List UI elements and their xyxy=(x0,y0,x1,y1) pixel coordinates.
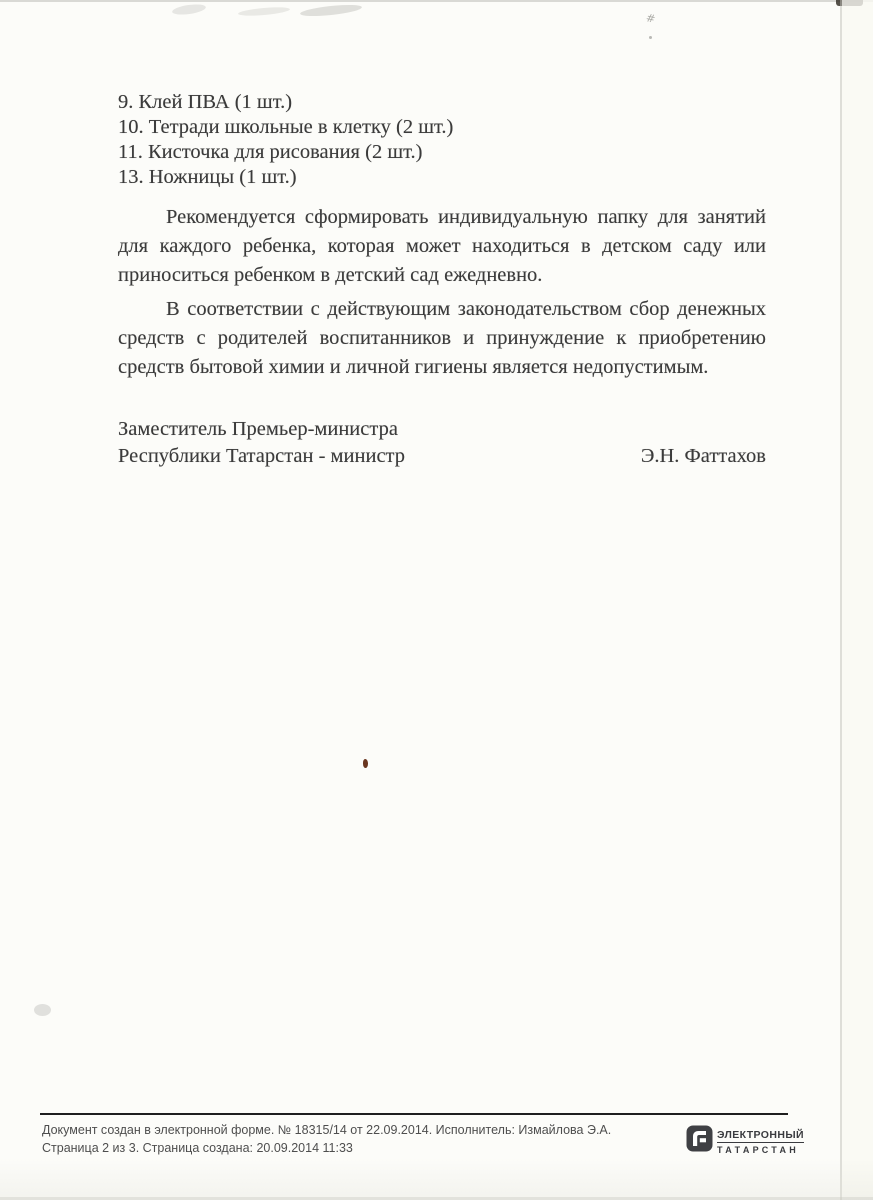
logo-word-electronic: ЭЛЕКТРОННЫЙ xyxy=(717,1129,804,1143)
paper-edge-line xyxy=(840,0,842,1200)
paragraph-recommendation: Рекомендуется сформировать индивидуальну… xyxy=(118,203,766,290)
paragraph-legal-note: В соответствии с действующим законодател… xyxy=(118,295,766,382)
list-item: 9. Клей ПВА (1 шт.) xyxy=(118,90,766,115)
signer-name: Э.Н. Фаттахов xyxy=(641,443,766,470)
scan-bottom-shade xyxy=(0,1158,873,1200)
scan-smudge xyxy=(238,6,290,18)
scan-smudge xyxy=(300,3,363,18)
signature-block: Заместитель Премьер-министра Республики … xyxy=(118,416,766,470)
paper-right-strip xyxy=(842,0,873,1200)
scan-smudge xyxy=(34,1004,51,1016)
electronic-tatarstan-logo-icon xyxy=(686,1125,713,1152)
list-item: 10. Тетради школьные в клетку (2 шт.) xyxy=(118,115,766,140)
list-item: 13. Ножницы (1 шт.) xyxy=(118,165,766,190)
footer-divider xyxy=(40,1113,788,1115)
electronic-tatarstan-logo: ЭЛЕКТРОННЫЙ ТАТАРСТАН xyxy=(686,1125,804,1155)
supplies-list: 9. Клей ПВА (1 шт.) 10. Тетради школьные… xyxy=(118,90,766,190)
footer-line-document-info: Документ создан в электронной форме. № 1… xyxy=(42,1121,611,1139)
logo-word-tatarstan: ТАТАРСТАН xyxy=(717,1145,804,1155)
scan-top-edge xyxy=(0,0,873,2)
scan-dot-mark xyxy=(649,36,652,39)
scan-smudge xyxy=(172,3,207,17)
list-item: 11. Кисточка для рисования (2 шт.) xyxy=(118,140,766,165)
footer-line-page-info: Страница 2 из 3. Страница создана: 20.09… xyxy=(42,1139,611,1157)
logo-wordmark: ЭЛЕКТРОННЫЙ ТАТАРСТАН xyxy=(717,1125,804,1155)
scan-red-speck xyxy=(363,759,368,768)
scan-pencil-mark: # xyxy=(645,11,657,26)
footer-metadata: Документ создан в электронной форме. № 1… xyxy=(42,1121,611,1157)
scanned-document-page: { "page": { "list_items": [ "9. Клей ПВА… xyxy=(0,0,873,1200)
signer-title-line1: Заместитель Премьер-министра xyxy=(118,416,766,443)
